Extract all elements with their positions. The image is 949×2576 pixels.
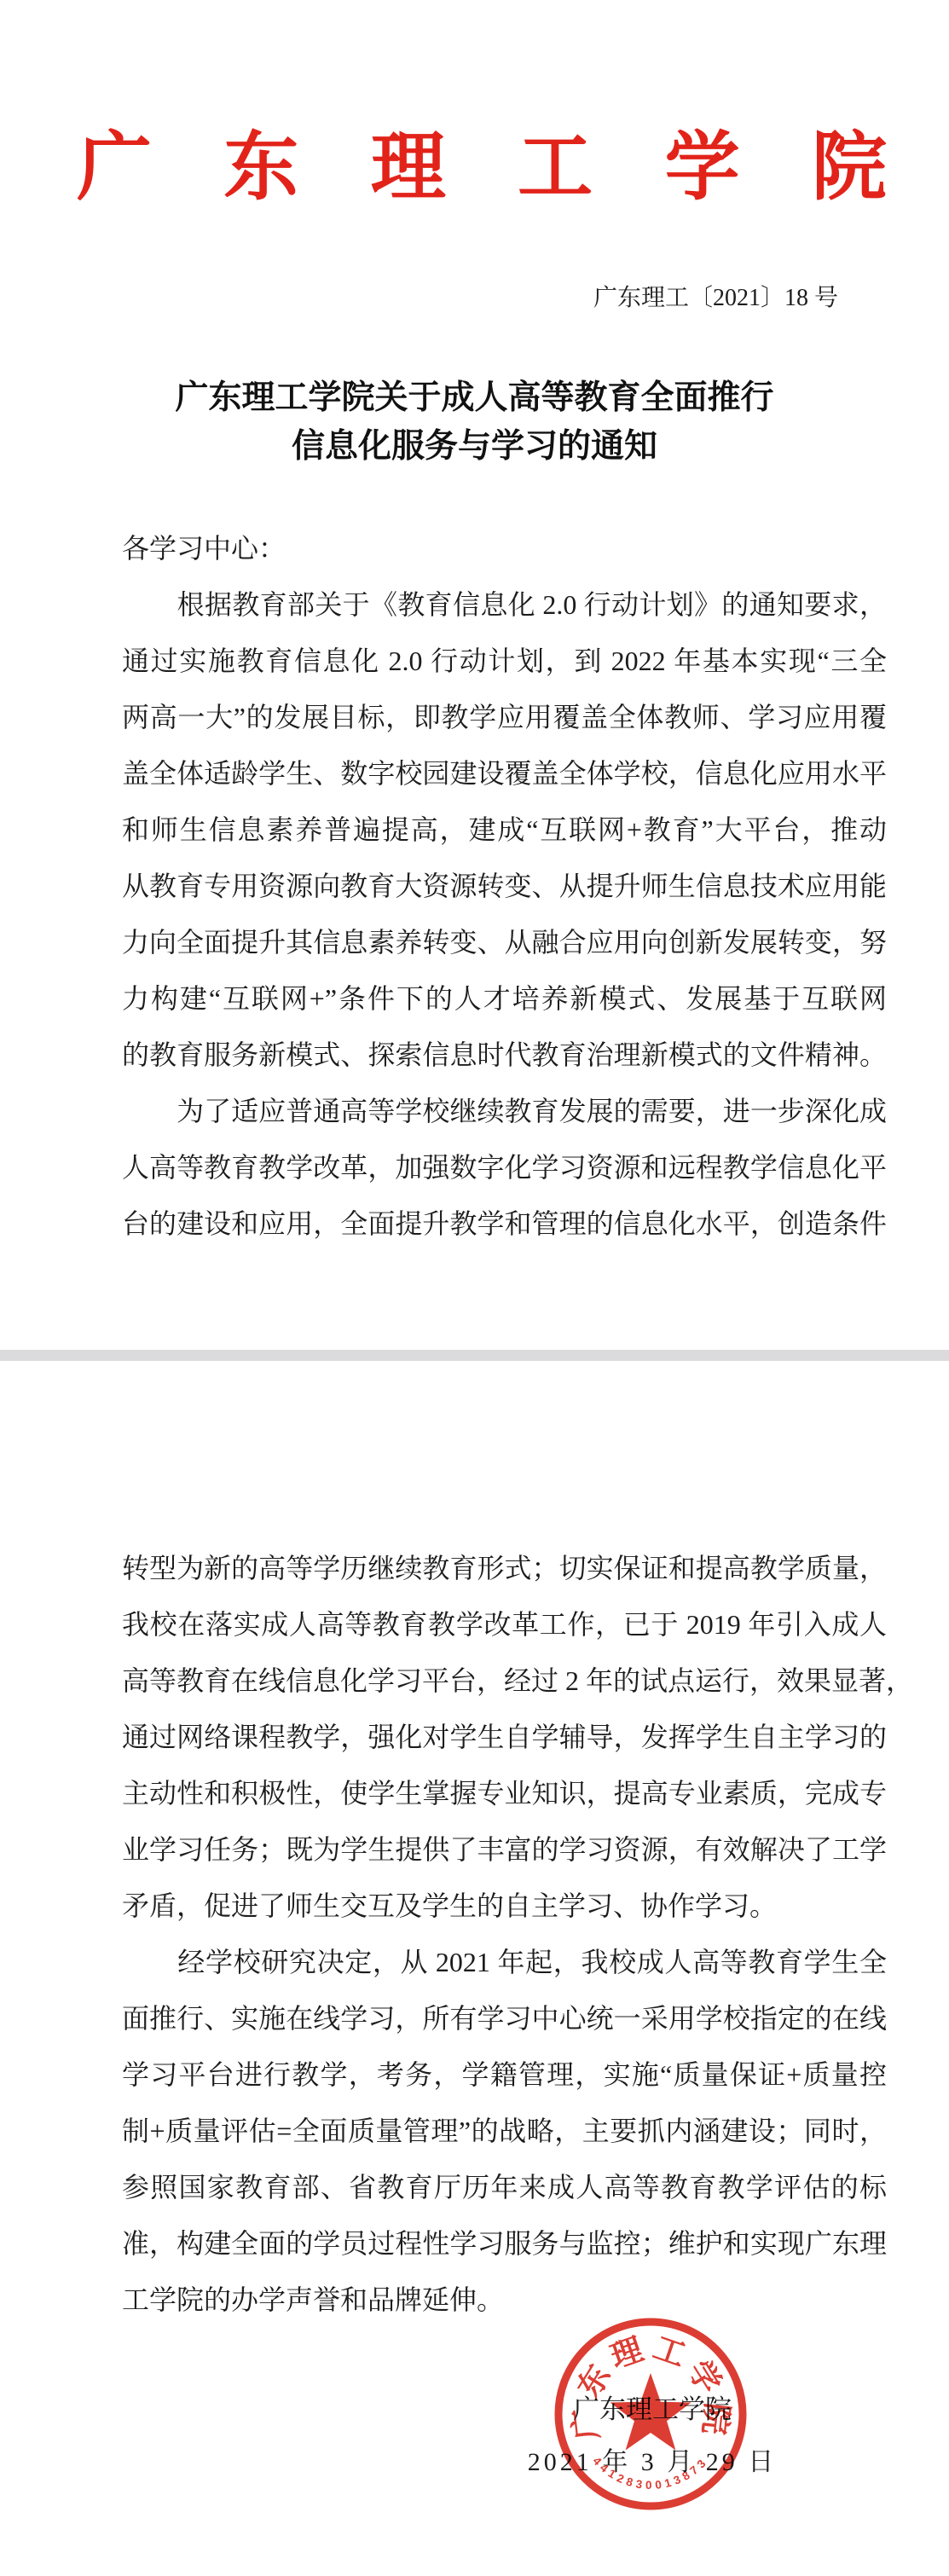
body-line: 的教育服务新模式、探索信息时代教育治理新模式的文件精神。 xyxy=(122,1027,887,1083)
official-seal: 广东理工学院 4412830013873 xyxy=(552,2315,749,2513)
body-line: 主动性和积极性，使学生掌握专业知识，提高专业素质，完成专 xyxy=(122,1765,887,1821)
body-line: 从教育专用资源向教育大资源转变、从提升师生信息技术应用能 xyxy=(122,858,887,914)
body-line: 经学校研究决定，从 2021 年起，我校成人高等教育学生全 xyxy=(122,1934,887,1990)
body-line: 矛盾，促进了师生交互及学生的自主学习、协作学习。 xyxy=(122,1878,887,1934)
masthead-char: 东 xyxy=(223,130,298,208)
body-line: 为了适应普通高等学校继续教育发展的需要，进一步深化成 xyxy=(122,1083,887,1139)
body-line: 参照国家教育部、省教育厅历年来成人高等教育教学评估的标 xyxy=(122,2159,887,2215)
svg-text:4412830013873: 4412830013873 xyxy=(590,2454,710,2492)
body-line: 工学院的办学声誉和品牌延伸。 xyxy=(122,2272,887,2328)
body-line: 制+质量评估=全面质量管理”的战略，主要抓内涵建设；同时， xyxy=(122,2103,887,2159)
star-icon xyxy=(610,2373,691,2451)
page-separator xyxy=(0,1350,949,1361)
masthead-char: 院 xyxy=(812,130,887,208)
body-line: 盖全体适龄学生、数字校园建设覆盖全体学校，信息化应用水平 xyxy=(122,745,887,802)
body-line: 业学习任务；既为学生提供了丰富的学习资源，有效解决了工学 xyxy=(122,1821,887,1878)
body-line: 根据教育部关于《教育信息化 2.0 行动计划》的通知要求， xyxy=(122,576,887,633)
body-line: 通过实施教育信息化 2.0 行动计划，到 2022 年基本实现“三全 xyxy=(122,633,887,689)
scanned-official-notice: 广 东 理 工 学 院 广东理工〔2021〕18 号 广东理工学院关于成人高等教… xyxy=(0,0,949,2576)
seal-serial-number: 4412830013873 xyxy=(590,2454,710,2492)
notice-title-line2: 信息化服务与学习的通知 xyxy=(0,422,949,471)
body-line: 转型为新的高等学历继续教育形式；切实保证和提高教学质量， xyxy=(122,1540,887,1596)
notice-title: 广东理工学院关于成人高等教育全面推行 信息化服务与学习的通知 xyxy=(0,373,949,471)
body-line: 通过网络课程教学，强化对学生自学辅导，发挥学生自主学习的 xyxy=(122,1709,887,1765)
masthead-char: 理 xyxy=(371,130,446,208)
body-line: 学习平台进行教学，考务，学籍管理，实施“质量保证+质量控 xyxy=(122,2046,887,2103)
body-line: 力构建“互联网+”条件下的人才培养新模式、发展基于互联网 xyxy=(122,970,887,1027)
body-line: 人高等教育教学改革，加强数字化学习资源和远程教学信息化平 xyxy=(122,1139,887,1195)
doc-number: 广东理工〔2021〕18 号 xyxy=(0,281,838,315)
masthead-char: 工 xyxy=(518,130,593,208)
body-line: 和师生信息素养普遍提高，建成“互联网+教育”大平台，推动 xyxy=(122,802,887,858)
body-line: 我校在落实成人高等教育教学改革工作，已于 2019 年引入成人 xyxy=(122,1596,887,1653)
body-page2: 转型为新的高等学历继续教育形式；切实保证和提高教学质量， 我校在落实成人高等教育… xyxy=(122,1540,887,2328)
body-line: 准，构建全面的学员过程性学习服务与监控；维护和实现广东理 xyxy=(122,2215,887,2272)
body-line: 面推行、实施在线学习，所有学习中心统一采用学校指定的在线 xyxy=(122,1990,887,2046)
masthead-char: 广 xyxy=(77,130,152,208)
body-line: 两高一大”的发展目标，即教学应用覆盖全体教师、学习应用覆 xyxy=(122,689,887,745)
masthead-char: 学 xyxy=(665,130,740,208)
notice-title-line1: 广东理工学院关于成人高等教育全面推行 xyxy=(0,373,949,422)
body-line: 力向全面提升其信息素养转变、从融合应用向创新发展转变，努 xyxy=(122,914,887,970)
body-page1: 各学习中心： 根据教育部关于《教育信息化 2.0 行动计划》的通知要求， 通过实… xyxy=(122,520,887,1252)
body-line: 高等教育在线信息化学习平台，经过 2 年的试点运行，效果显著， xyxy=(122,1653,887,1709)
body-line: 台的建设和应用，全面提升教学和管理的信息化水平，创造条件 xyxy=(122,1195,887,1252)
salutation: 各学习中心： xyxy=(122,520,887,576)
masthead-title: 广 东 理 工 学 院 xyxy=(77,130,887,208)
